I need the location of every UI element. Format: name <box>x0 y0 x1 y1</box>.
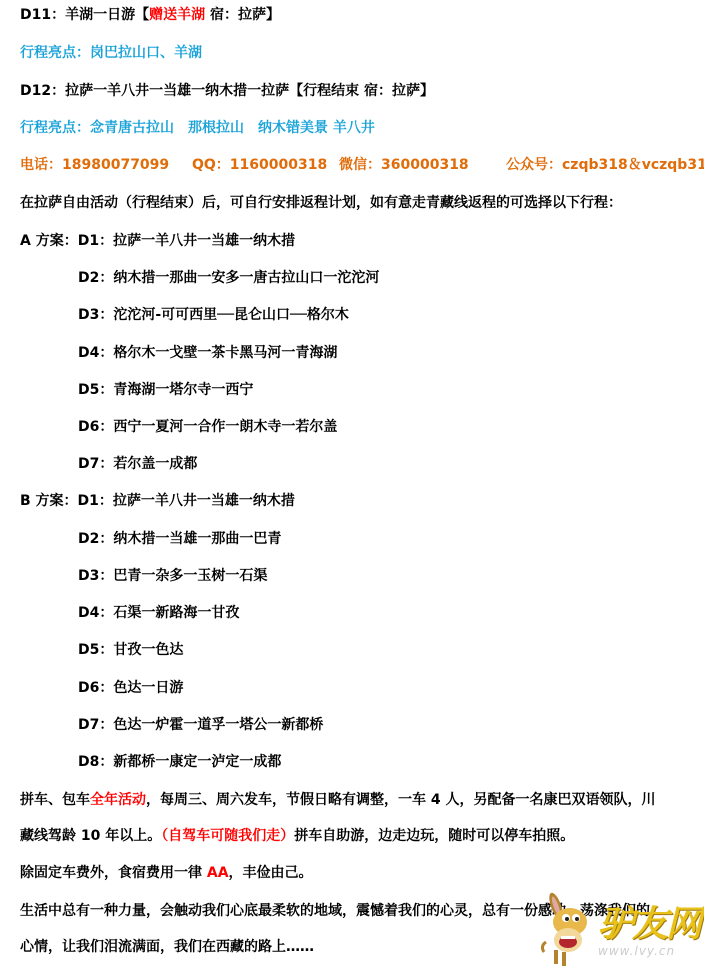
plan-a-day-3: D3：沱沱河-可可西里──昆仑山口──格尔木 <box>78 306 349 324</box>
day-11-highlights: 行程亮点：岗巴拉山口、羊湖 <box>20 44 202 62</box>
donkey-mascot-icon <box>540 892 600 968</box>
contact-public-account: 公众号：czqb318＆vczqb318 <box>506 156 704 174</box>
plan-a-day-text: D1：拉萨一羊八井一当雄一纳木措 <box>78 233 295 249</box>
day-11-suffix: 宿：拉萨】 <box>205 7 280 23</box>
watermark-url: www.lvy.cn <box>598 944 675 958</box>
plan-a-label: A 方案： <box>20 233 78 249</box>
plan-a-day-5: D5：青海湖一塔尔寺一西宁 <box>78 381 253 399</box>
note-3-text-b: ，丰俭由己。 <box>229 865 313 881</box>
note-2-self-drive: （自驾车可随我们走） <box>161 828 294 844</box>
day-12-highlights: 行程亮点：念青唐古拉山 那根拉山 纳木错美景 羊八井 <box>20 119 375 137</box>
note-1-text-a: 拼车、包车 <box>20 792 90 808</box>
plan-b-day-3: D3：巴青一杂多一玉树一石渠 <box>78 567 267 585</box>
note-paragraph-3: 除固定车费外，食宿费用一律 AA，丰俭由己。 <box>20 864 313 882</box>
contact-phone: 电话：18980077099 <box>20 156 169 174</box>
note-paragraph-5: 心情，让我们泪流满面，我们在西藏的路上…… <box>20 938 314 956</box>
plan-b-label: B 方案： <box>20 493 78 509</box>
watermark-logo: 驴友网 www.lvy.cn <box>540 892 704 968</box>
plan-a-day-1: A 方案：D1：拉萨一羊八井一当雄一纳木措 <box>20 232 295 250</box>
note-2-text-a: 藏线驾龄 10 年以上。 <box>20 828 161 844</box>
plan-b-day-8: D8：新都桥一康定一泸定一成都 <box>78 753 281 771</box>
day-12-title: D12：拉萨一羊八井一当雄一纳木措一拉萨【行程结束 宿：拉萨】 <box>20 82 434 100</box>
contact-qq: QQ：1160000318 <box>192 156 327 174</box>
plan-b-day-2: D2：纳木措一当雄一那曲一巴青 <box>78 530 281 548</box>
note-3-text-a: 除固定车费外，食宿费用一律 <box>20 865 207 881</box>
return-intro: 在拉萨自由活动（行程结束）后，可自行安排返程计划，如有意走青藏线返程的可选择以下… <box>20 194 622 212</box>
day-11-gift: 赠送羊湖 <box>149 7 205 23</box>
plan-b-day-4: D4：石渠一新路海一甘孜 <box>78 604 239 622</box>
plan-a-day-4: D4：格尔木一戈壁一茶卡黑马河一青海湖 <box>78 344 337 362</box>
plan-b-day-5: D5：甘孜一色达 <box>78 641 183 659</box>
plan-a-day-6: D6：西宁一夏河一合作一朗木寺一若尔盖 <box>78 418 337 436</box>
watermark-name: 驴友网 <box>598 896 700 947</box>
plan-a-day-2: D2：纳木措一那曲一安多一唐古拉山口一沱沱河 <box>78 269 379 287</box>
note-2-text-b: 拼车自助游，边走边玩，随时可以停车拍照。 <box>294 828 574 844</box>
plan-b-day-7: D7：色达一炉霍一道孚一塔公一新都桥 <box>78 716 323 734</box>
plan-b-day-6: D6：色达一日游 <box>78 679 183 697</box>
note-3-aa: AA <box>207 865 229 881</box>
day-11-title: D11：羊湖一日游【赠送羊湖 宿：拉萨】 <box>20 6 280 24</box>
note-1-text-b: ，每周三、周六发车，节假日略有调整，一车 4 人，另配备一名康巴双语领队，川 <box>146 792 656 808</box>
note-1-year-round: 全年活动 <box>90 792 146 808</box>
plan-b-day-1: B 方案：D1：拉萨一羊八井一当雄一纳木措 <box>20 492 295 510</box>
day-11-prefix: D11：羊湖一日游【 <box>20 7 149 23</box>
note-paragraph-1: 拼车、包车全年活动，每周三、周六发车，节假日略有调整，一车 4 人，另配备一名康… <box>20 791 656 809</box>
plan-a-day-7: D7：若尔盖一成都 <box>78 455 197 473</box>
contact-wechat: 微信：360000318 <box>339 156 469 174</box>
note-paragraph-2: 藏线驾龄 10 年以上。（自驾车可随我们走）拼车自助游，边走边玩，随时可以停车拍… <box>20 827 574 845</box>
plan-b-day-text: D1：拉萨一羊八井一当雄一纳木措 <box>78 493 295 509</box>
